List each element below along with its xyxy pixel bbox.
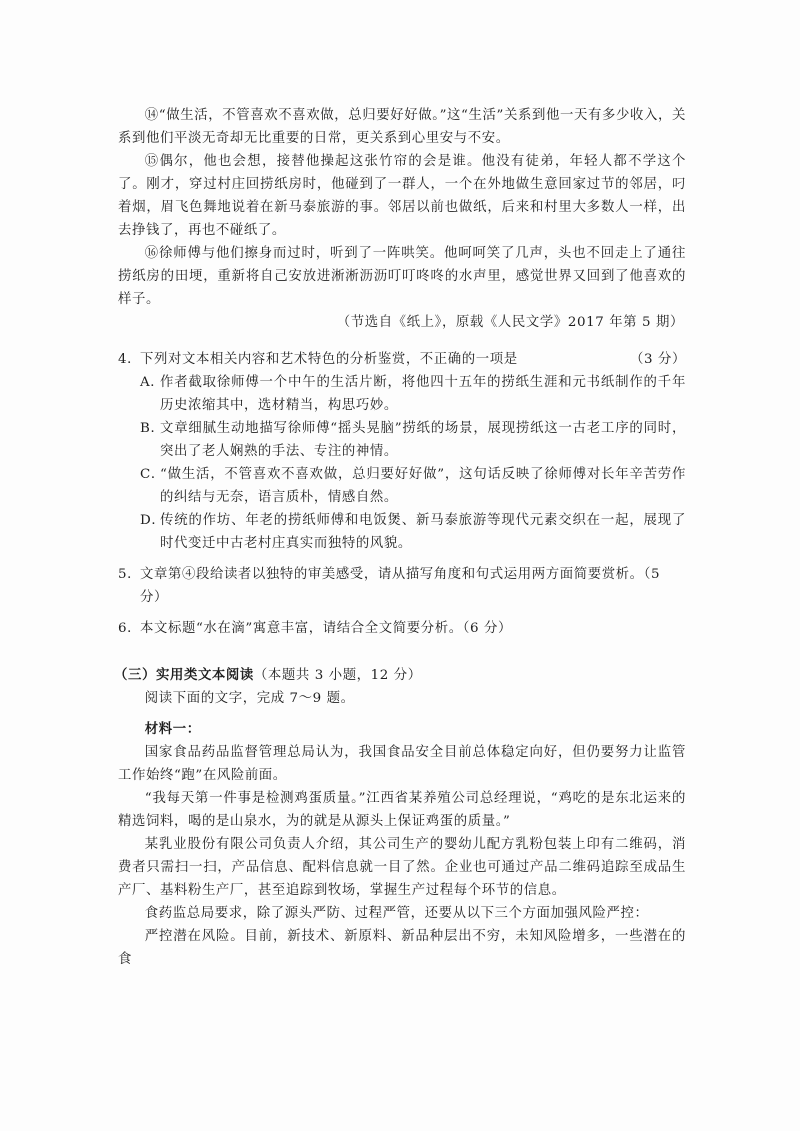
option-text: 传统的作坊、年老的捞纸师傅和电饭煲、新马泰旅游等现代元素交织在一起，展现了时代变…	[160, 509, 686, 555]
option-b: B． 文章细腻生动地描写徐师傅“摇头晃脑”捞纸的场景，展现捞纸这一古老工序的同时…	[140, 417, 686, 463]
section-3: （三）实用类文本阅读（本题共 3 小题，12 分） 阅读下面的文字，完成 7～9…	[118, 664, 686, 971]
option-letter: B．	[140, 417, 160, 463]
section-title: （三）实用类文本阅读（本题共 3 小题，12 分）	[114, 664, 686, 687]
passage-paragraph-14: ⑭“做生活，不管喜欢不喜欢做，总归要好好做。”这“生活”关系到他一天有多少收入，…	[118, 104, 686, 150]
option-text: 作者截取徐师傅一个中午的生活片断，将他四十五年的捞纸生涯和元书纸制作的千年历史浓…	[160, 371, 686, 417]
material-paragraph: 某乳业股份有限公司负责人介绍，其公司生产的婴幼儿配方乳粉包装上印有二维码，消费者…	[118, 833, 686, 902]
question-number: 6．	[118, 617, 140, 640]
section-title-note: （本题共 3 小题，12 分）	[254, 668, 422, 683]
option-a: A． 作者截取徐师傅一个中午的生活片断，将他四十五年的捞纸生涯和元书纸制作的千年…	[140, 371, 686, 417]
question-text: 文章第④段给读者以独特的审美感受，请从描写角度和句式运用两方面简要赏析。（5 分…	[140, 563, 686, 609]
question-number: 5．	[118, 563, 140, 609]
section-title-main: （三）实用类文本阅读	[114, 667, 254, 683]
question-text: 下列对文本相关内容和艺术特色的分析鉴赏，不正确的一项是	[140, 348, 624, 371]
question-score: （3 分）	[624, 348, 686, 371]
exam-page: ⑭“做生活，不管喜欢不喜欢做，总归要好好做。”这“生活”关系到他一天有多少收入，…	[118, 104, 686, 971]
question-text: 本文标题“水在滴”寓意丰富，请结合全文简要分析。（6 分）	[140, 617, 686, 640]
section-instruction: 阅读下面的文字，完成 7～9 题。	[118, 687, 686, 710]
passage-source: （节选自《纸上》，原载《人民文学》2017 年第 5 期）	[118, 311, 686, 334]
option-text: “做生活，不管喜欢不喜欢做，总归要好好做”，这句话反映了徐师傅对长年辛苦劳作的纠…	[160, 463, 686, 509]
material-paragraph: “我每天第一件事是检测鸡蛋质量。”江西省某养殖公司总经理说，“鸡吃的是东北运来的…	[118, 787, 686, 833]
question-number: 4．	[118, 348, 140, 371]
question-5: 5． 文章第④段给读者以独特的审美感受，请从描写角度和句式运用两方面简要赏析。（…	[118, 563, 686, 609]
material-paragraph: 食药监总局要求，除了源头严防、过程严管，还要从以下三个方面加强风险严控：	[118, 902, 686, 925]
material-paragraph: 严控潜在风险。目前，新技术、新原料、新品种层出不穷，未知风险增多，一些潜在的食	[118, 925, 686, 971]
option-letter: D．	[140, 509, 160, 555]
option-letter: C．	[140, 463, 160, 509]
option-letter: A．	[140, 371, 160, 417]
passage-paragraph-15: ⑮偶尔，他也会想，接替他操起这张竹帘的会是谁。他没有徒弟，年轻人都不学这个了。刚…	[118, 150, 686, 242]
material-paragraph: 国家食品药品监督管理总局认为，我国食品安全目前总体稳定向好，但仍要努力让监管工作…	[118, 741, 686, 787]
question-6: 6． 本文标题“水在滴”寓意丰富，请结合全文简要分析。（6 分）	[118, 617, 686, 640]
option-text: 文章细腻生动地描写徐师傅“摇头晃脑”捞纸的场景，展现捞纸这一古老工序的同时，突出…	[160, 417, 686, 463]
passage: ⑭“做生活，不管喜欢不喜欢做，总归要好好做。”这“生活”关系到他一天有多少收入，…	[118, 104, 686, 334]
material-label: 材料一：	[118, 718, 686, 741]
option-d: D． 传统的作坊、年老的捞纸师傅和电饭煲、新马泰旅游等现代元素交织在一起，展现了…	[140, 509, 686, 555]
option-c: C． “做生活，不管喜欢不喜欢做，总归要好好做”，这句话反映了徐师傅对长年辛苦劳…	[140, 463, 686, 509]
question-4: 4． 下列对文本相关内容和艺术特色的分析鉴赏，不正确的一项是 （3 分） A． …	[118, 348, 686, 555]
passage-paragraph-16: ⑯徐师傅与他们擦身而过时，听到了一阵哄笑。他呵呵笑了几声，头也不回走上了通往捞纸…	[118, 242, 686, 311]
